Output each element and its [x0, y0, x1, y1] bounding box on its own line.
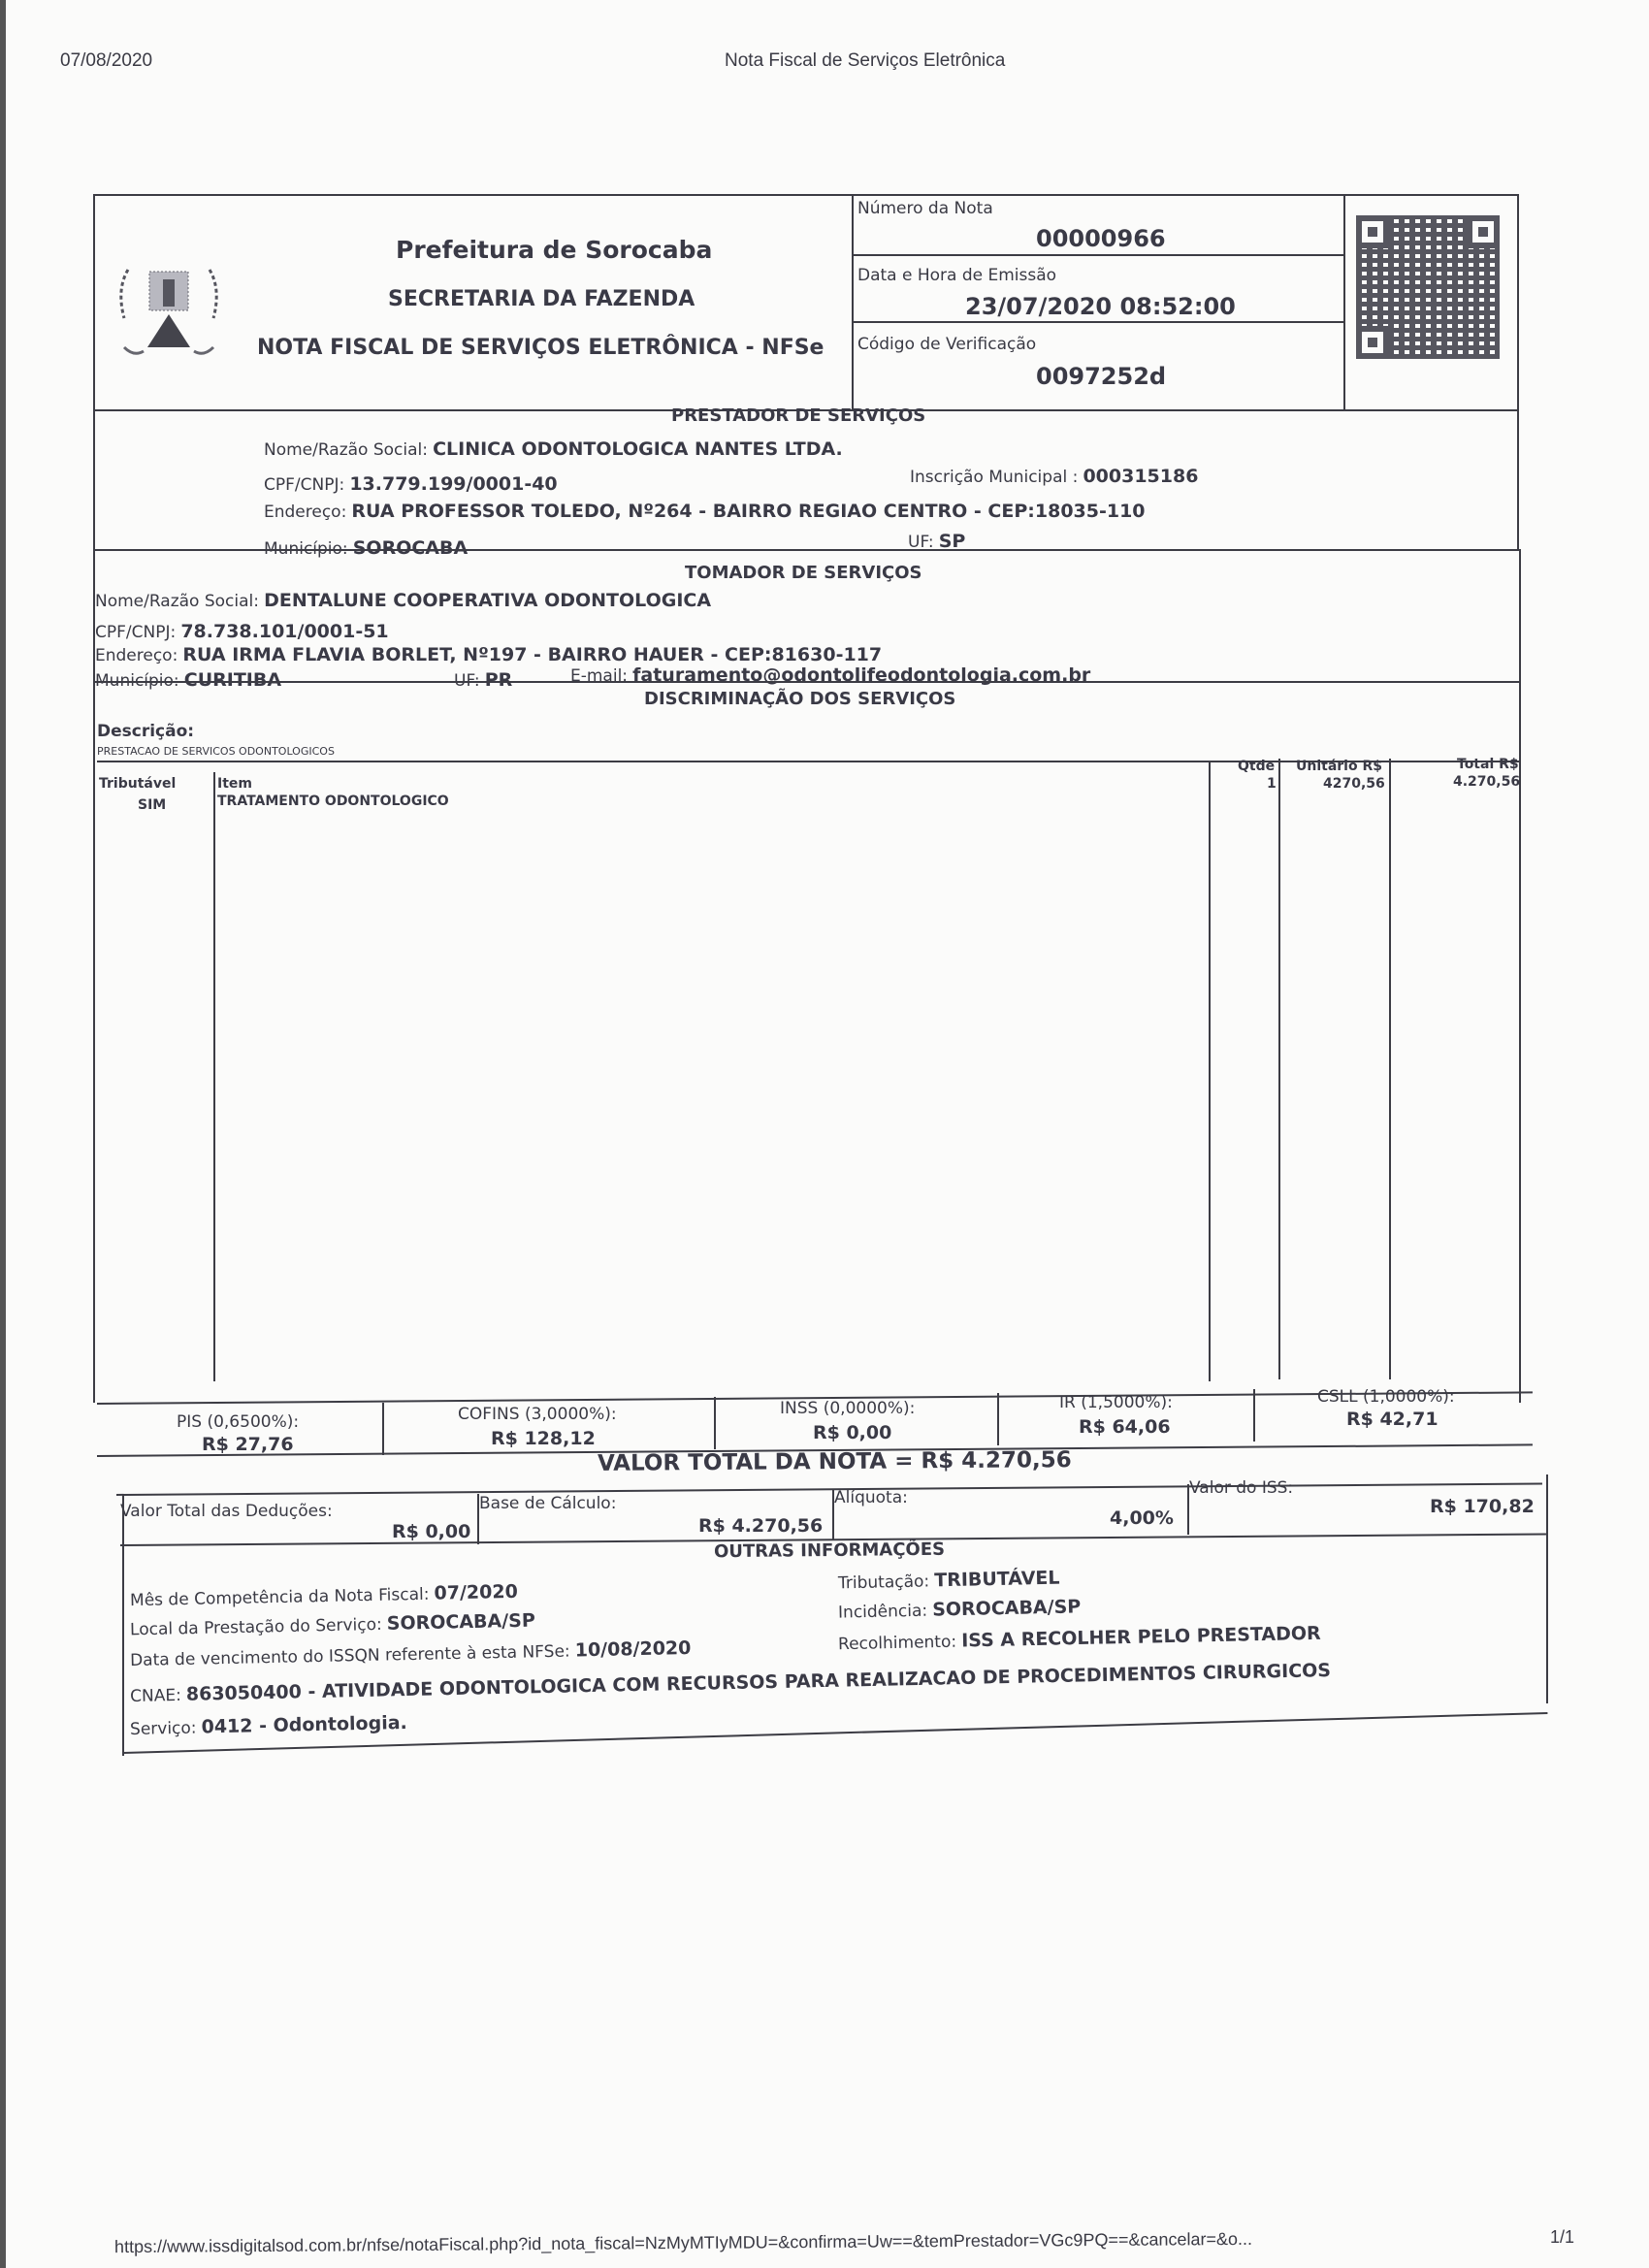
tomador-municipio: Município: CURITIBA — [95, 669, 281, 691]
qr-divider — [1343, 194, 1345, 409]
department-title: SECRETARIA DA FAZENDA — [388, 287, 695, 311]
col-divider-qtde — [1278, 759, 1280, 1379]
col-header-unitario: Unitário R$ — [1296, 759, 1382, 774]
tomador-nome: Nome/Razão Social: DENTALUNE COOPERATIVA… — [95, 590, 711, 611]
imp-div-1 — [382, 1403, 384, 1455]
outras-competencia: Mês de Competência da Nota Fiscal: 07/20… — [130, 1581, 518, 1610]
header-divider — [852, 194, 854, 409]
outras-left-border — [122, 1494, 124, 1756]
outras-servico: Serviço: 0412 - Odontologia. — [130, 1712, 407, 1739]
tomador-cnpj: CPF/CNPJ: 78.738.101/0001-51 — [95, 621, 389, 642]
servicos-top-border — [93, 681, 1519, 683]
tomador-endereco: Endereço: RUA IRMA FLAVIA BORLET, Nº197 … — [95, 644, 882, 665]
prestador-nome: Nome/Razão Social: CLINICA ODONTOLOGICA … — [264, 438, 843, 460]
city-hall-title: Prefeitura de Sorocaba — [396, 236, 712, 264]
col-divider-total — [1519, 759, 1521, 1379]
col-divider-tributavel — [213, 772, 215, 1381]
col-header-total: Total R$ — [1457, 757, 1519, 772]
page-number: 1/1 — [1550, 2227, 1574, 2248]
col-header-qtde: Qtde — [1238, 759, 1275, 774]
tomador-top-border — [93, 549, 1519, 551]
numero-label: Número da Nota — [857, 199, 993, 218]
print-title: Nota Fiscal de Serviços Eletrônica — [725, 50, 1005, 72]
descricao-value: PRESTACAO DE SERVICOS ODONTOLOGICOS — [97, 745, 335, 758]
row-item: TRATAMENTO ODONTOLOGICO — [217, 794, 449, 809]
valor-total: VALOR TOTAL DA NOTA = R$ 4.270,56 — [598, 1447, 1072, 1476]
col-divider-item — [1209, 761, 1211, 1381]
row-unitario: 4270,56 — [1323, 776, 1385, 792]
numero-underline — [854, 254, 1343, 256]
print-date: 07/08/2020 — [60, 50, 152, 72]
outras-recolhimento: Recolhimento: ISS A RECOLHER PELO PRESTA… — [838, 1623, 1321, 1654]
left-border — [93, 549, 95, 1403]
prestador-inscricao: Inscrição Municipal : 000315186 — [910, 466, 1198, 487]
header-block — [93, 194, 1519, 411]
prestador-title: PRESTADOR DE SERVIÇOS — [671, 405, 925, 426]
col-header-tributavel: Tributável — [99, 776, 176, 792]
prestador-endereco: Endereço: RUA PROFESSOR TOLEDO, Nº264 - … — [264, 501, 1146, 522]
document-title: NOTA FISCAL DE SERVIÇOS ELETRÔNICA - NFS… — [257, 336, 824, 360]
row-qtde: 1 — [1267, 776, 1277, 792]
emissao-value: 23/07/2020 08:52:00 — [965, 293, 1236, 320]
imp-div-2 — [714, 1397, 716, 1449]
numero-value: 00000966 — [1036, 225, 1166, 252]
emissao-underline — [854, 321, 1343, 323]
coat-of-arms-icon — [114, 250, 223, 367]
col-divider-unitario — [1389, 759, 1391, 1379]
imp-div-4 — [1253, 1389, 1255, 1442]
qr-code-icon — [1356, 215, 1500, 359]
prestador-municipio: Município: SOROCABA — [264, 537, 468, 559]
total-bottom-border — [116, 1482, 1542, 1496]
outras-title: OUTRAS INFORMAÇÕES — [714, 1539, 945, 1562]
outras-tributacao: Tributação: TRIBUTÁVEL — [838, 1568, 1060, 1594]
prestador-cnpj: CPF/CNPJ: 13.779.199/0001-40 — [264, 473, 558, 495]
page-url: https://www.issdigitalsod.com.br/nfse/no… — [114, 2229, 1252, 2257]
codigo-label: Código de Verificação — [857, 335, 1036, 354]
scan-edge — [0, 0, 6, 2268]
col-header-item: Item — [217, 776, 252, 792]
outras-local: Local da Prestação do Serviço: SOROCABA/… — [130, 1610, 535, 1640]
emissao-label: Data e Hora de Emissão — [857, 266, 1056, 285]
descricao-label: Descrição: — [97, 722, 194, 741]
outras-right-border — [1546, 1474, 1548, 1703]
row-total: 4.270,56 — [1453, 774, 1520, 790]
servicos-title: DISCRIMINAÇÃO DOS SERVIÇOS — [644, 689, 955, 709]
tomador-uf: UF: PR — [454, 669, 512, 691]
row-tributavel: SIM — [138, 797, 166, 813]
codigo-value: 0097252d — [1036, 363, 1166, 390]
tomador-title: TOMADOR DE SERVIÇOS — [685, 563, 922, 583]
imp-div-3 — [997, 1393, 999, 1445]
outras-cnae: CNAE: 863050400 - ATIVIDADE ODONTOLOGICA… — [130, 1660, 1331, 1706]
outras-vencimento: Data de vencimento do ISSQN referente à … — [130, 1637, 692, 1670]
outras-incidencia: Incidência: SOROCABA/SP — [838, 1596, 1082, 1622]
